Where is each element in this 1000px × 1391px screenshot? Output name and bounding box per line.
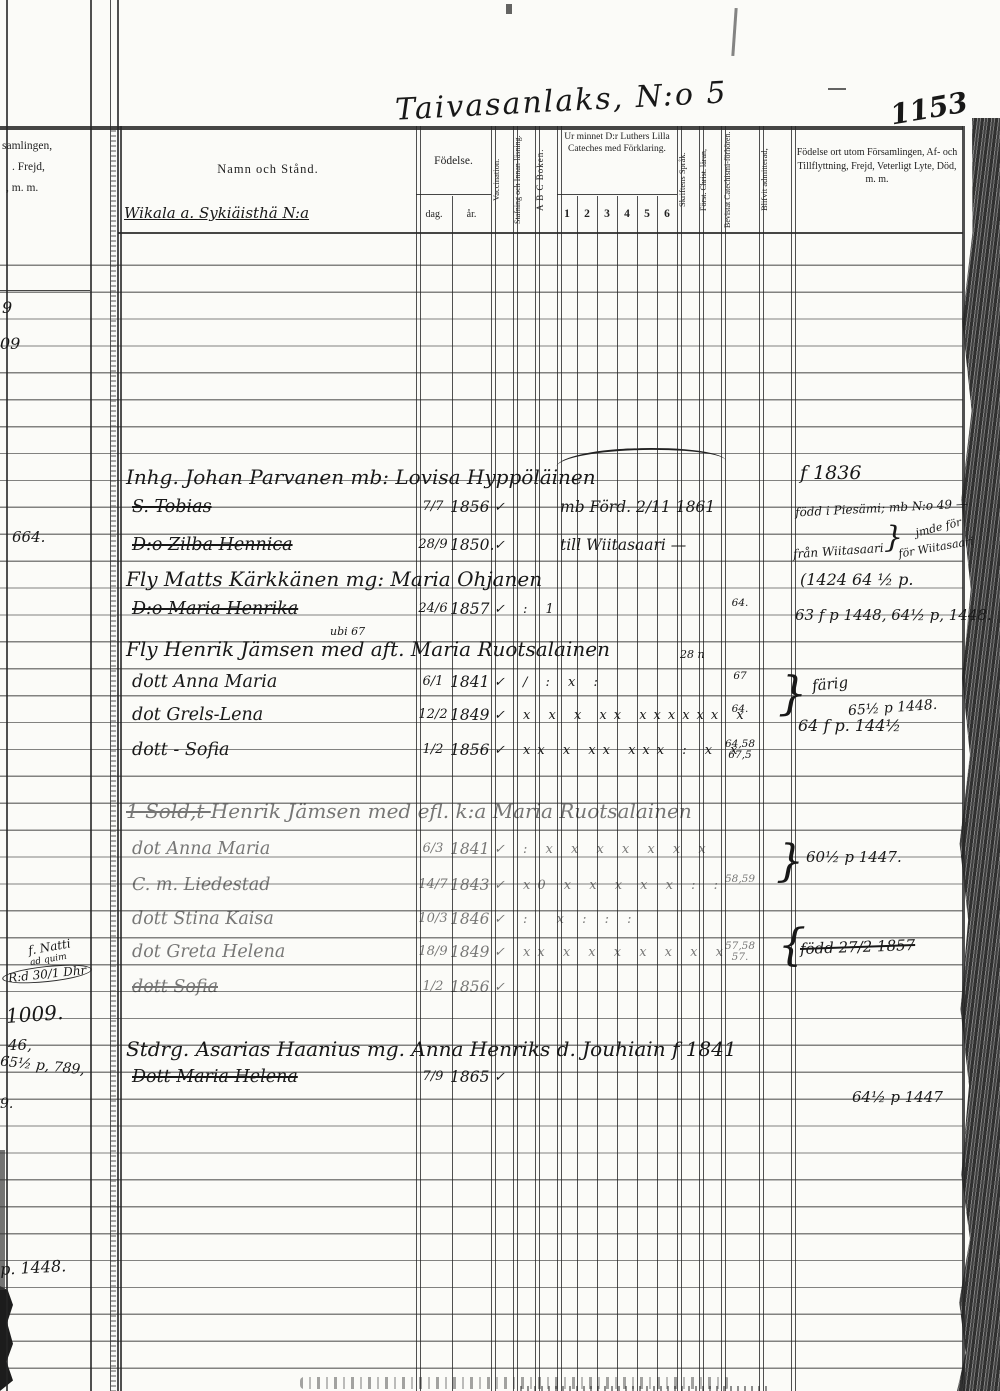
examination-years-cell: 58,59	[719, 874, 761, 885]
birth-year-cell: 1850.	[450, 536, 494, 554]
birth-day-cell: 24/6	[414, 601, 452, 616]
grid-hline	[0, 290, 90, 291]
reading-marks: ✓ : 1	[494, 602, 561, 617]
birth-day-cell: 14/7	[414, 877, 452, 892]
birth-year-cell: 1841	[450, 840, 494, 858]
birth-day-cell: 18/9	[414, 944, 452, 959]
ledger-page: Taivasanlaks, N:o 5 1153 samlingen, . Fr…	[0, 0, 1000, 1391]
grid-hline	[0, 126, 963, 130]
name-cell: Dott Maria Helena	[132, 1067, 298, 1087]
catechism-note: mb Förd. 2/11 1861	[560, 498, 715, 516]
name-cell: Fly Henrik Jämsen med aft. Maria Ruotsal…	[126, 637, 610, 661]
name-cell: Stdrg. Asarias Haanius mg. Anna Henriks …	[126, 1037, 737, 1061]
birth-year-cell: 1856	[450, 978, 494, 996]
grid-vline	[577, 196, 578, 1391]
name-text: Henrik Jämsen med efl. k:a Maria Ruotsal…	[211, 799, 692, 823]
handwritten-note: f 1836	[800, 462, 861, 484]
handwritten-note: 28 n	[680, 648, 705, 661]
table-row: 1 Sold,t Henrik Jämsen med efl. k:a Mari…	[0, 799, 963, 826]
handwritten-note: 1009.	[5, 1000, 64, 1028]
birth-year-cell: 1865	[450, 1068, 494, 1086]
name-cell: D:o Zilba Hennica	[132, 535, 293, 555]
birth-day-cell: 1/2	[414, 979, 452, 994]
handwritten-note: 9.	[0, 1096, 13, 1112]
examination-years-cell: 64.	[719, 704, 761, 715]
table-row: dott - Sofia1/21856✓ xx x xx xxx : x x64…	[0, 740, 963, 767]
birth-day-cell: 7/7	[414, 499, 452, 514]
grid-vline	[452, 196, 453, 1391]
birth-day-cell: 1/2	[414, 742, 452, 757]
examination-years-cell: 67	[719, 671, 761, 682]
name-cell: C. m. Liedestad	[132, 875, 270, 895]
name-cell: Inhg. Johan Parvanen mb: Lovisa Hyppöläi…	[126, 465, 596, 489]
superscript-note: ubi 67	[330, 625, 365, 638]
name-cell: dot Anna Maria	[132, 839, 270, 859]
reading-marks: ✓	[494, 500, 512, 515]
pen-stroke	[731, 8, 737, 56]
page-number: 1153	[888, 85, 970, 131]
handwritten-note: färig	[811, 673, 849, 695]
birth-year-cell: 1846	[450, 910, 494, 928]
name-cell: dott Stina Kaisa	[132, 909, 274, 929]
reading-marks: ✓ / : x :	[494, 675, 605, 690]
birth-year-cell: 1849	[450, 706, 494, 724]
handwritten-note: }	[778, 666, 807, 720]
birth-year-cell: 1843	[450, 876, 494, 894]
name-cell: 1 Sold,t Henrik Jämsen med efl. k:a Mari…	[126, 799, 692, 823]
prev-page-fragment-line1: samlingen,	[2, 140, 52, 152]
table-row: C. m. Liedestad14/71843✓ x0 x x x x x : …	[0, 875, 963, 902]
reading-marks: ✓	[494, 538, 512, 553]
catechism-column-number: 4	[617, 196, 637, 232]
catechism-column-number: 5	[637, 196, 657, 232]
handwritten-note: }	[776, 836, 804, 887]
reading-marks: ✓	[494, 1070, 512, 1085]
name-cell: dott Anna Maria	[132, 672, 277, 692]
reading-marks: ✓ : x x x x x x x	[494, 842, 713, 857]
handwritten-note: 64 f p. 144½	[798, 716, 901, 735]
table-row: dott Stina Kaisa10/31846✓ : x : : :	[0, 909, 963, 936]
birth-day-cell: 28/9	[414, 537, 452, 552]
table-row: dott Sofia1/21856✓	[0, 977, 963, 1004]
handwritten-note: 46,	[8, 1036, 32, 1054]
handwritten-note: 60½ p 1447.	[806, 848, 902, 866]
handwritten-note: 664.	[12, 528, 45, 546]
name-column-handwritten-heading: Wikala a. Sykiäisthä N:a	[124, 204, 309, 222]
handwritten-note: 63 f p 1448, 64½ p, 1448.	[795, 606, 992, 624]
grid-vline	[597, 196, 598, 1391]
reading-marks: ✓	[494, 980, 512, 995]
catechism-column-number: 1	[557, 196, 577, 232]
name-cell: S. Tobias	[132, 497, 212, 517]
catechism-column-number: 3	[597, 196, 617, 232]
prev-page-fragment-line2: . Frejd,	[12, 161, 45, 173]
column-header-admitted: Blifvit admitterad,	[759, 130, 791, 230]
pen-dash	[828, 88, 846, 90]
examination-years-cell: 64.	[719, 598, 761, 609]
grid-vline	[617, 196, 618, 1391]
column-header-catechism: Ur minnet D:r Luthers Lilla Cateches med…	[557, 132, 677, 155]
grid-hline	[118, 232, 963, 234]
catechism-note: till Wiitasaari —	[560, 536, 686, 554]
reading-marks: ✓ xx x x x x x x x	[494, 945, 730, 960]
column-header-birthplace-notes: Födelse ort utom Församlingen, Af- och T…	[791, 146, 963, 187]
reading-marks: ✓ x0 x x x x x : :	[494, 878, 725, 893]
column-header-name: Namn och Stånd.	[120, 162, 416, 177]
column-header-birth: Födelse.	[416, 128, 491, 194]
birth-year-cell: 1856	[450, 741, 494, 759]
handwritten-note: (1424 64 ½ p.	[800, 570, 913, 589]
grid-hline	[557, 194, 677, 195]
catechism-column-number: 6	[657, 196, 677, 232]
grid-vline	[657, 196, 658, 1391]
birth-year-cell: 1856	[450, 498, 494, 516]
catechism-column-number: 2	[577, 196, 597, 232]
reading-marks: ✓ x x x xx xxxxxx x	[494, 708, 751, 723]
grid-vline	[637, 196, 638, 1391]
birth-year-cell: 1849	[450, 943, 494, 961]
handwritten-note: p. 1448.	[0, 1256, 67, 1278]
birth-year-cell: 1857	[450, 600, 494, 618]
name-cell: dott Sofia	[132, 977, 218, 997]
name-cell: dot Greta Helena	[132, 942, 285, 962]
name-prefix: 1 Sold,t	[126, 799, 211, 823]
column-header-year: år.	[452, 196, 491, 232]
name-cell: dott - Sofia	[132, 740, 229, 760]
name-cell: Fly Matts Kärkkänen mg: Maria Ohjanen	[126, 567, 542, 591]
table-row: Stdrg. Asarias Haanius mg. Anna Henriks …	[0, 1037, 963, 1064]
birth-day-cell: 6/3	[414, 841, 452, 856]
examination-years-cell: 57,58 57.	[719, 941, 761, 963]
table-row: Fly Henrik Jämsen med aft. Maria Ruotsal…	[0, 637, 963, 664]
birth-day-cell: 7/9	[414, 1069, 452, 1084]
grid-hline	[416, 194, 491, 195]
reading-marks: ✓ xx x xx xxx : x x	[494, 743, 745, 758]
examination-years-cell: 64,58 67,5	[719, 739, 761, 761]
birth-day-cell: 10/3	[414, 911, 452, 926]
birth-day-cell: 6/1	[414, 674, 452, 689]
name-cell: D:o Maria Henrika	[132, 599, 298, 619]
birth-year-cell: 1841	[450, 673, 494, 691]
handwritten-note: 09	[0, 334, 20, 353]
prev-page-fragment-line3: , m. m.	[6, 182, 38, 194]
table-row: Dott Maria Helena7/91865✓	[0, 1067, 963, 1094]
name-cell: dot Grels-Lena	[132, 705, 263, 725]
page-title-script: Taivasanlaks, N:o 5	[394, 75, 728, 127]
handwritten-note: 9	[2, 298, 12, 317]
handwritten-note: 64½ p 1447	[852, 1088, 943, 1106]
reading-marks: ✓ : x : : :	[494, 912, 639, 927]
birth-day-cell: 12/2	[414, 707, 452, 722]
column-header-attended-examinations: Bevistat Catechismi-förhören.	[721, 130, 759, 230]
column-header-day: dag.	[416, 196, 452, 232]
ink-speck	[506, 4, 512, 14]
